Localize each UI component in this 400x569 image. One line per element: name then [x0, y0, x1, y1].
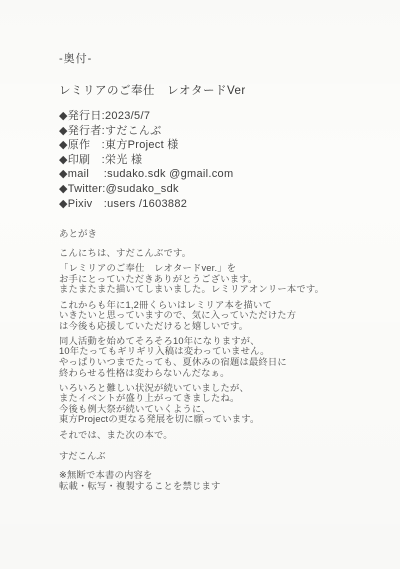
copyright-notice: ※無断で本書の内容を 転載・転写・複製することを禁じます — [59, 470, 364, 491]
afterword-paragraph: これからも年に1,2冊くらいはレミリア本を描いて いきたいと思っていますので、気… — [59, 300, 364, 332]
colophon-line-pixiv: ◆Pixiv :users /1603882 — [59, 197, 364, 212]
afterword-paragraph: 「レミリアのご奉仕 レオタードver.」を お手にとっていただきありがとうござい… — [59, 263, 364, 295]
afterword-heading: あとがき — [59, 226, 364, 240]
author-signature: すだこんぶ — [59, 448, 364, 462]
afterword-closing: それでは、また次の本で。 — [59, 430, 364, 441]
afterword-paragraph: いろいろと難しい状況が続いていましたが、 またイベントが盛り上がってきましたね。… — [59, 383, 364, 425]
colophon-line-mail: ◆mail :sudako.sdk @gmail.com — [59, 167, 364, 182]
colophon-line-twitter: ◆Twitter:@sudako_sdk — [59, 182, 364, 197]
colophon-line-publisher: ◆発行者:すだこんぶ — [59, 124, 364, 139]
afterword-body: こんにちは、すだこんぶです。 「レミリアのご奉仕 レオタードver.」を お手に… — [59, 248, 364, 440]
colophon-page: -奥付- レミリアのご奉仕 レオタードVer ◆発行日:2023/5/7 ◆発行… — [0, 0, 400, 569]
book-title: レミリアのご奉仕 レオタードVer — [59, 82, 364, 98]
colophon-section-header: -奥付- — [59, 50, 364, 66]
colophon-line-publish-date: ◆発行日:2023/5/7 — [59, 109, 364, 124]
colophon-line-original: ◆原作 :東方Project 様 — [59, 138, 364, 153]
colophon-info-list: ◆発行日:2023/5/7 ◆発行者:すだこんぶ ◆原作 :東方Project … — [59, 109, 364, 211]
afterword-paragraph: 同人活動を始めてそろそろ10年になりますが、 10年たってもギリギリ入稿は変わっ… — [59, 336, 364, 378]
afterword-paragraph: こんにちは、すだこんぶです。 — [59, 248, 364, 259]
colophon-line-printer: ◆印刷 :栄光 様 — [59, 153, 364, 168]
